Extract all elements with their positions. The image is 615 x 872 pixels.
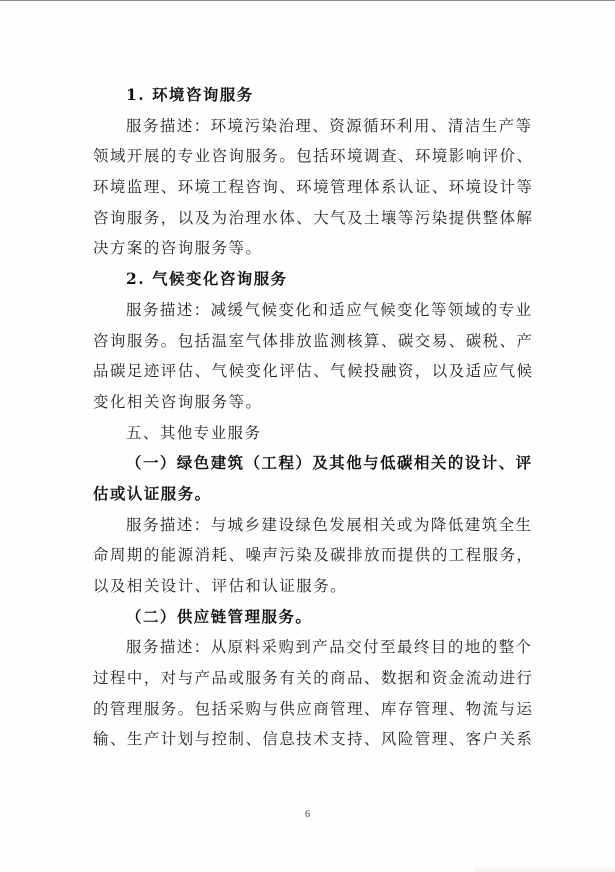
paragraph-line: 以及相关设计、评估和认证服务。 — [93, 571, 525, 602]
page-number: 6 — [0, 809, 615, 820]
paragraph-line: 的管理服务。包括采购与供应商管理、库存管理、物流与运 — [93, 694, 525, 725]
document-page: 1. 环境咨询服务 服务描述：环境污染治理、资源循环利用、清洁生产等 领域开展的… — [93, 80, 525, 755]
page-corner-shadow — [475, 864, 615, 872]
chapter-heading-other-professional-services: 五、其他专业服务 — [93, 418, 525, 449]
section-heading-environmental-consulting: 1. 环境咨询服务 — [93, 80, 525, 111]
top-border — [0, 0, 615, 1]
paragraph-line: 环境监理、环境工程咨询、环境管理体系认证、环境设计等 — [93, 172, 525, 203]
paragraph-line: 决方案的咨询服务等。 — [93, 233, 525, 264]
paragraph-line: 命周期的能源消耗、噪声污染及碳排放而提供的工程服务， — [93, 540, 525, 571]
paragraph-line: 服务描述：从原料采购到产品交付至最终目的地的整个 — [93, 632, 525, 663]
paragraph-line: 输、生产计划与控制、信息技术支持、风险管理、客户关系 — [93, 724, 525, 755]
paragraph-line: 领域开展的专业咨询服务。包括环境调查、环境影响评价、 — [93, 141, 525, 172]
paragraph-line: 变化相关咨询服务等。 — [93, 387, 525, 418]
paragraph-line: 咨询服务。包括温室气体排放监测核算、碳交易、碳税、产 — [93, 326, 525, 357]
paragraph-line: 品碳足迹评估、气候变化评估、气候投融资，以及适应气候 — [93, 356, 525, 387]
paragraph-line: 咨询服务，以及为治理水体、大气及土壤等污染提供整体解 — [93, 203, 525, 234]
paragraph-line: 服务描述：与城乡建设绿色发展相关或为降低建筑全生 — [93, 510, 525, 541]
section-heading-climate-change-consulting: 2. 气候变化咨询服务 — [93, 264, 525, 295]
subsection-heading-green-building: （一）绿色建筑（工程）及其他与低碳相关的设计、评 — [93, 448, 525, 479]
subsection-heading-green-building-cont: 估或认证服务。 — [93, 479, 525, 510]
paragraph-line: 服务描述：减缓气候变化和适应气候变化等领域的专业 — [93, 295, 525, 326]
subsection-heading-supply-chain: （二）供应链管理服务。 — [93, 602, 525, 633]
paragraph-line: 过程中，对与产品或服务有关的商品、数据和资金流动进行 — [93, 663, 525, 694]
paragraph-line: 服务描述：环境污染治理、资源循环利用、清洁生产等 — [93, 111, 525, 142]
